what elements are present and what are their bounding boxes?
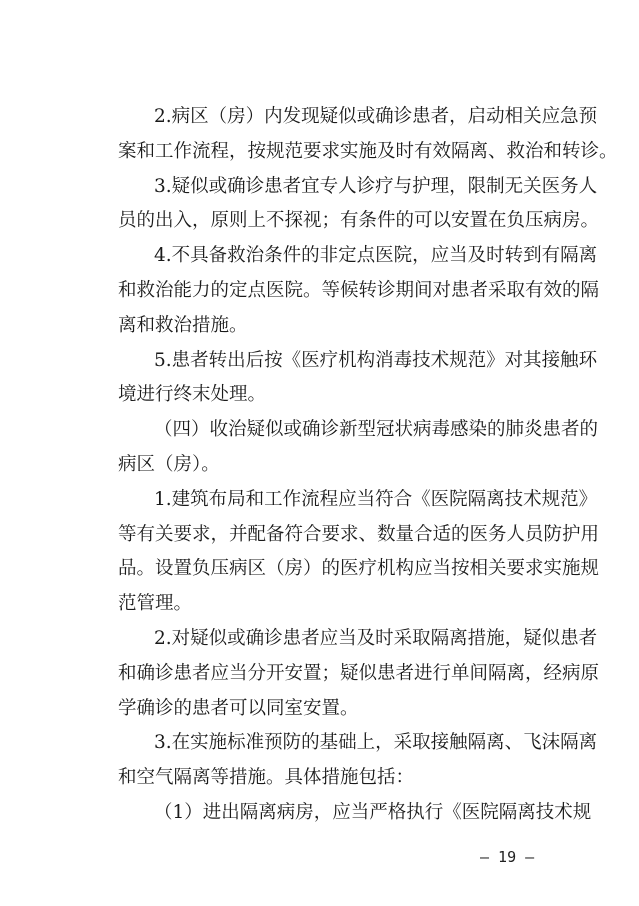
section-heading-line: （四）收治疑似或确诊新型冠状病毒感染的肺炎患者的 [154,417,542,443]
text-line: 案和工作流程，按规范要求实施及时有效隔离、救治和转诊。 [118,139,542,165]
text-line: 2.对疑似或确诊患者应当及时采取隔离措施，疑似患者 [154,626,542,652]
text-line: 5.患者转出后按《医疗机构消毒技术规范》对其接触环 [154,348,542,374]
text-line: 员的出入，原则上不探视；有条件的可以安置在负压病房。 [118,208,542,234]
text-line: 1.建筑布局和工作流程应当符合《医院隔离技术规范》 [154,487,542,513]
text-line: 学确诊的患者可以同室安置。 [118,696,542,722]
text-line: 离和救治措施。 [118,313,542,339]
text-line: 3.在实施标准预防的基础上，采取接触隔离、飞沫隔离 [154,730,542,756]
text-line: 和救治能力的定点医院。等候转诊期间对患者采取有效的隔 [118,278,542,304]
section-heading-line: 病区（房）。 [118,452,542,478]
text-line: 4.不具备救治条件的非定点医院，应当及时转到有隔离 [154,243,542,269]
text-line: 2.病区（房）内发现疑似或确诊患者，启动相关应急预 [154,104,542,130]
text-line: 品。设置负压病区（房）的医疗机构应当按相关要求实施规 [118,556,542,582]
text-line: （1）进出隔离病房，应当严格执行《医院隔离技术规 [154,800,542,826]
text-line: 等有关要求，并配备符合要求、数量合适的医务人员防护用 [118,522,542,548]
text-line: 3.疑似或确诊患者宜专人诊疗与护理，限制无关医务人 [154,174,542,200]
document-page: 2.病区（房）内发现疑似或确诊患者，启动相关应急预 案和工作流程，按规范要求实施… [0,0,639,906]
text-line: 和确诊患者应当分开安置；疑似患者进行单间隔离，经病原 [118,661,542,687]
page-number: — 19 — [480,848,534,866]
text-line: 和空气隔离等措施。具体措施包括： [118,765,542,791]
text-line: 境进行终末处理。 [118,382,542,408]
text-line: 范管理。 [118,591,542,617]
